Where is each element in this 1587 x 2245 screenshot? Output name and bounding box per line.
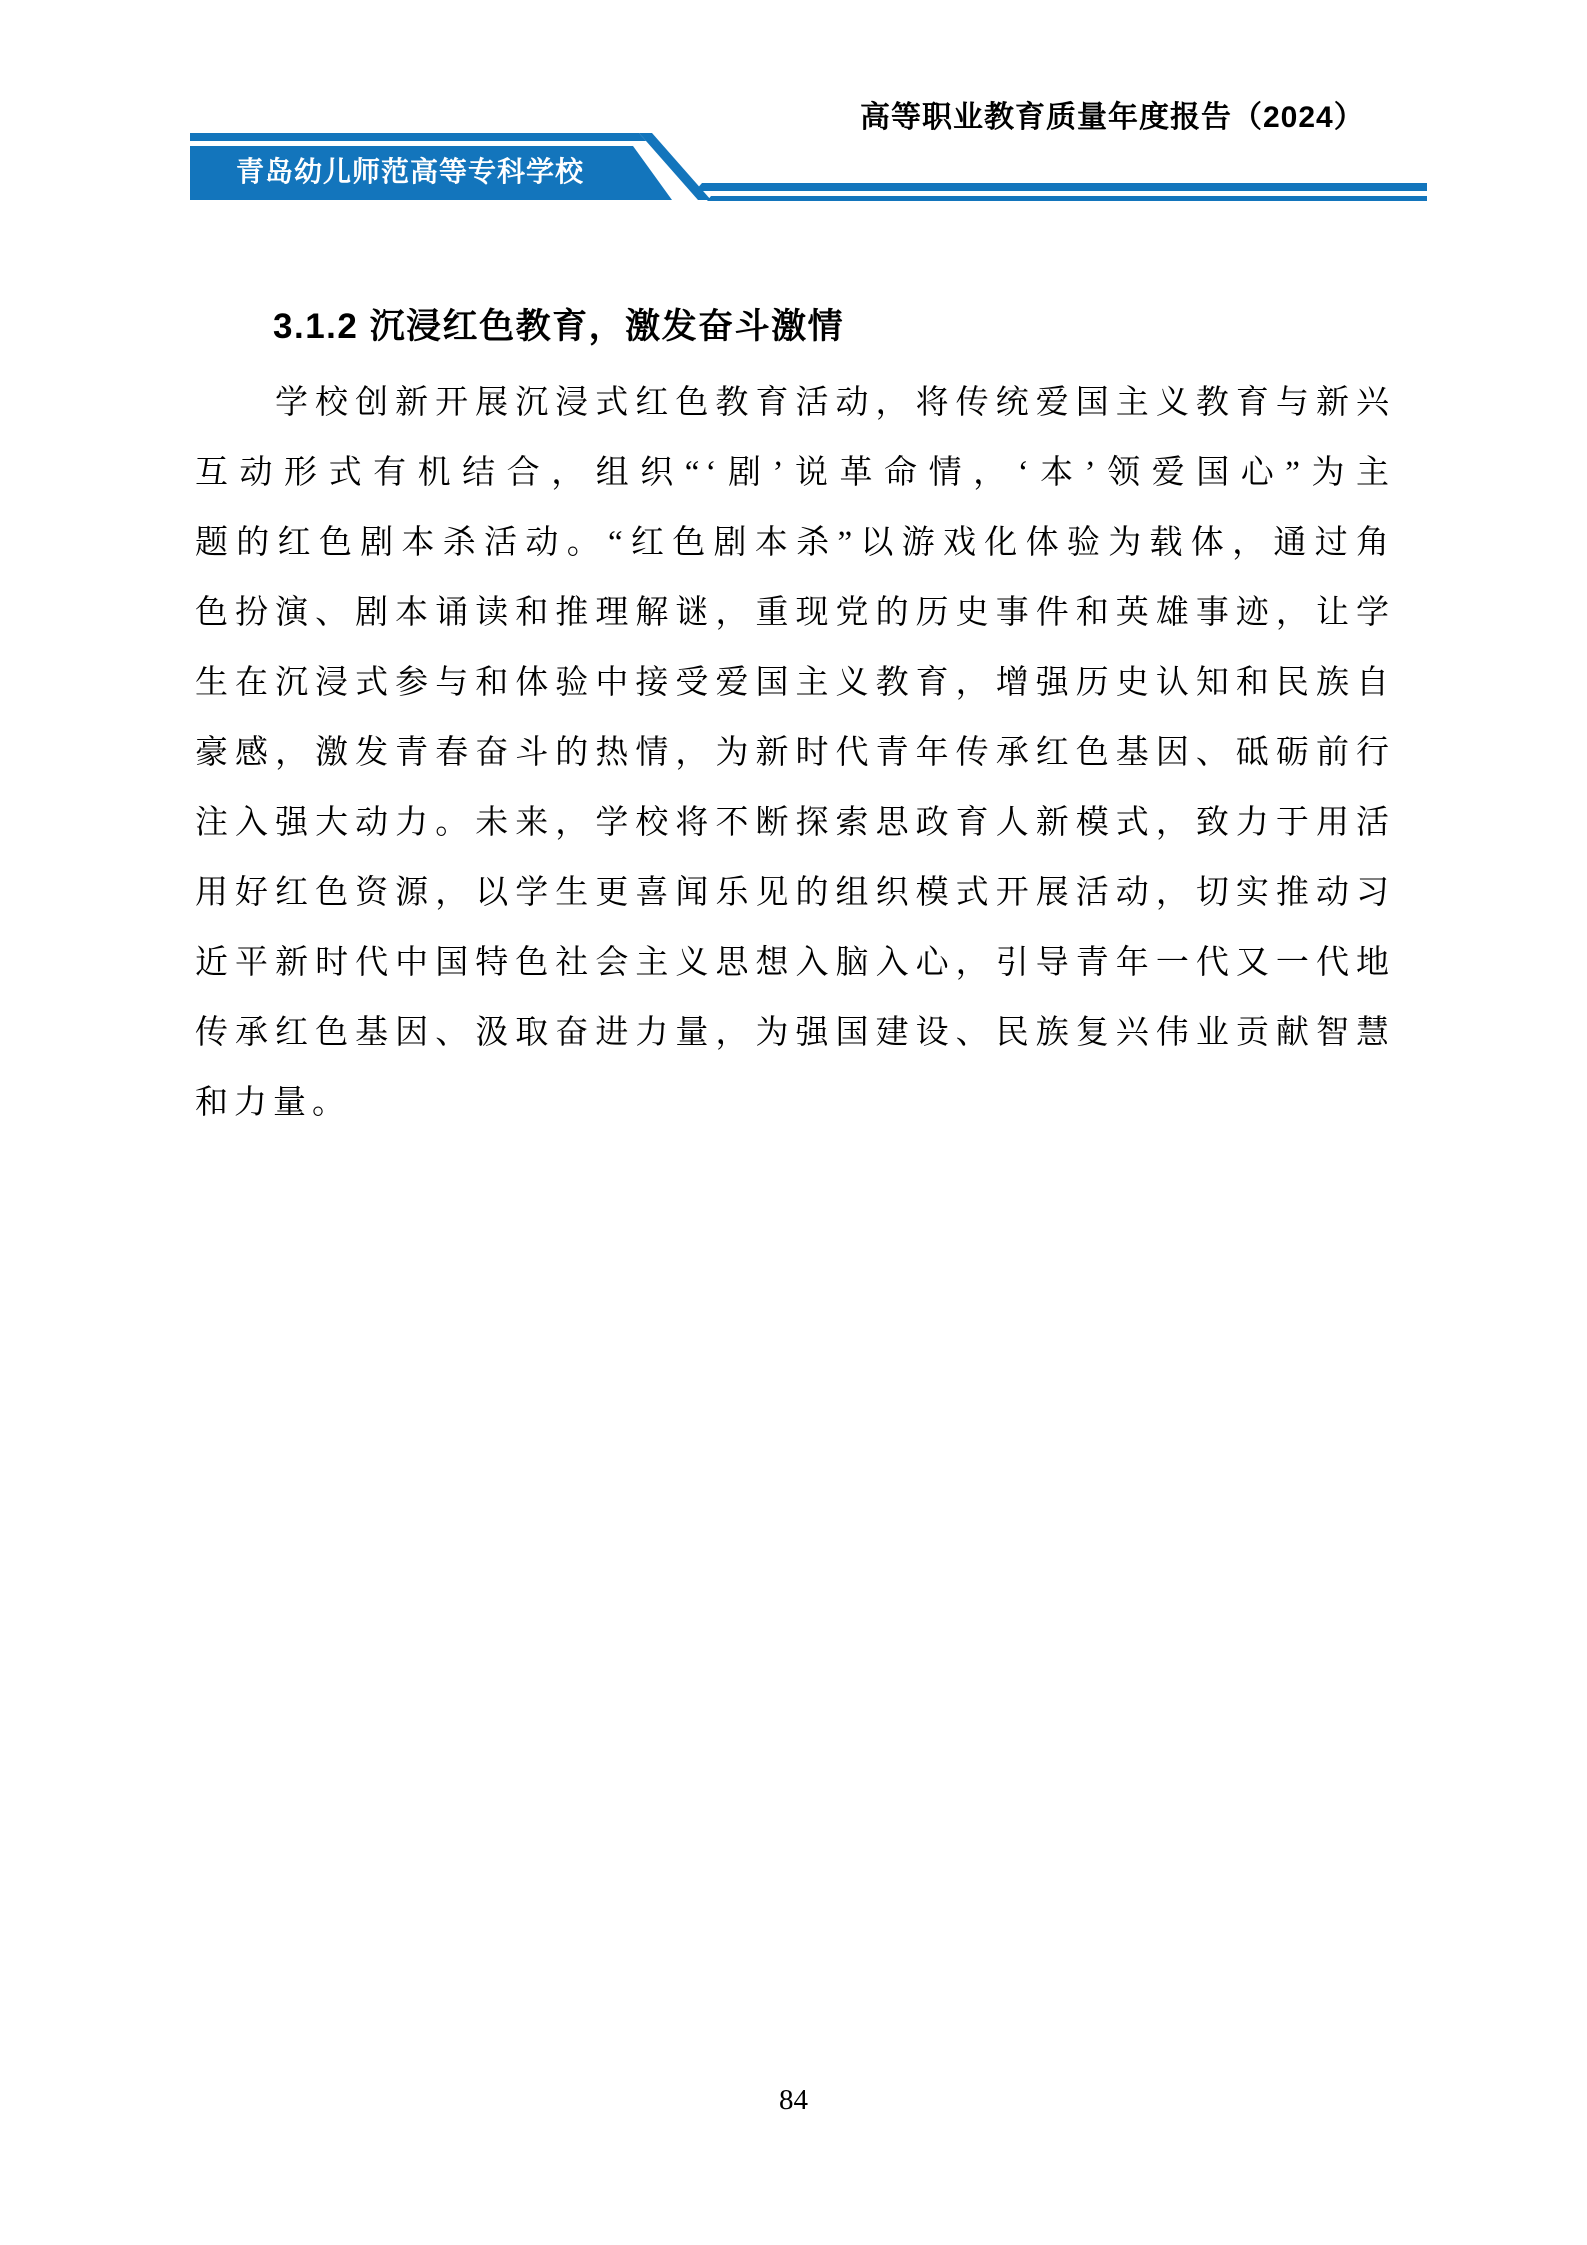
body-paragraph: 学校创新开展沉浸式红色教育活动，将传统爱国主义教育与新兴 互动形式有机结合，组织… (195, 368, 1395, 1138)
header-rule-thin (707, 196, 1427, 201)
section-heading: 3.1.2 沉浸红色教育，激发奋斗激情 (273, 306, 844, 348)
paragraph-line: 和力量。 (195, 1068, 1395, 1138)
paragraph-line: 传承红色基因、汲取奋进力量，为强国建设、民族复兴伟业贡献智慧 (195, 998, 1395, 1068)
paragraph-line: 色扮演、剧本诵读和推理解谜，重现党的历史事件和英雄事迹，让学 (195, 578, 1395, 648)
paragraph-line: 近平新时代中国特色社会主义思想入脑入心，引导青年一代又一代地 (195, 928, 1395, 998)
header-report-title: 高等职业教育质量年度报告（2024） (860, 100, 1365, 136)
document-page: 青岛幼儿师范高等专科学校 高等职业教育质量年度报告（2024） 3.1.2 沉浸… (0, 0, 1587, 2245)
paragraph-line: 用好红色资源，以学生更喜闻乐见的组织模式开展活动，切实推动习 (195, 858, 1395, 928)
paragraph-line: 互动形式有机结合，组织“‘剧’说革命情，‘本’领爱国心”为主 (195, 438, 1395, 508)
paragraph-line: 豪感，激发青春奋斗的热情，为新时代青年传承红色基因、砥砺前行 (195, 718, 1395, 788)
paragraph-line: 学校创新开展沉浸式红色教育活动，将传统爱国主义教育与新兴 (195, 368, 1395, 438)
header-rule-thick (695, 183, 1427, 191)
paragraph-line: 题的红色剧本杀活动。“红色剧本杀”以游戏化体验为载体，通过角 (195, 508, 1395, 578)
paragraph-line: 生在沉浸式参与和体验中接受爱国主义教育，增强历史认知和民族自 (195, 648, 1395, 718)
paragraph-line: 注入强大动力。未来，学校将不断探索思政育人新模式，致力于用活 (195, 788, 1395, 858)
banner-top-border (190, 133, 646, 141)
header-school-name: 青岛幼儿师范高等专科学校 (236, 156, 584, 188)
page-number: 84 (0, 2083, 1587, 2117)
